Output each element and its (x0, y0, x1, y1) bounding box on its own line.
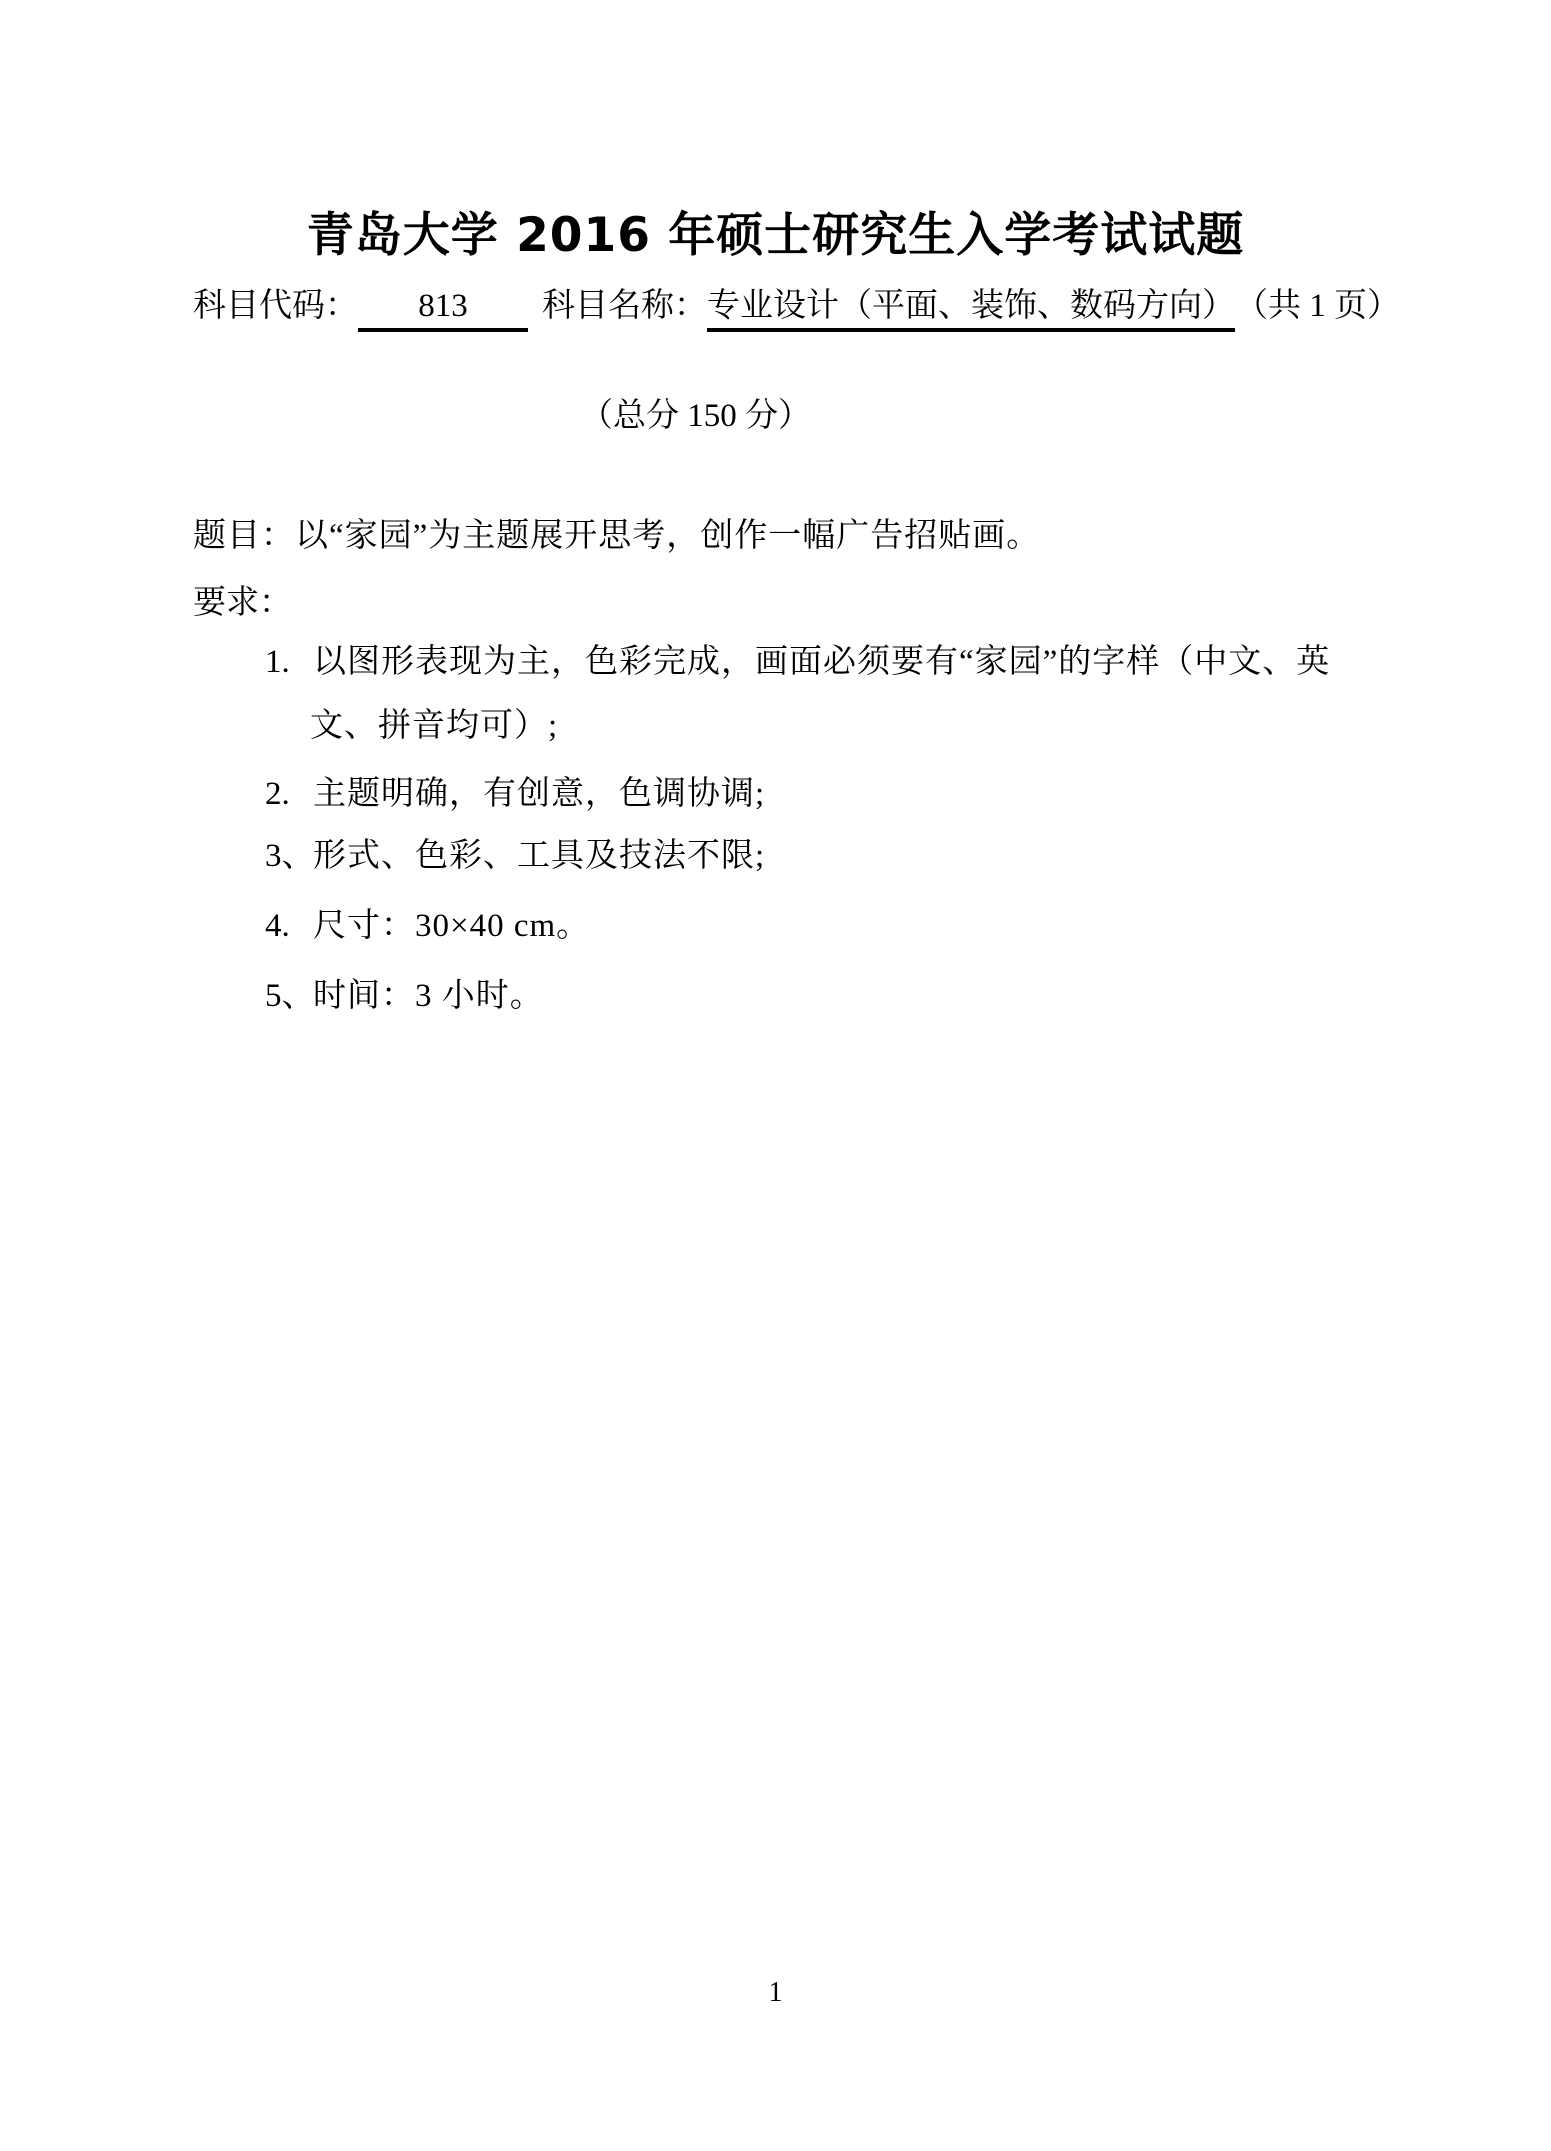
requirement-item-continuation: 文、拼音均可）; (310, 708, 558, 746)
requirement-item-marker: 1. (265, 644, 313, 682)
requirement-item: 1.以图形表现为主，色彩完成，画面必须要有“家园”的字样（中文、英 (265, 644, 1330, 682)
requirement-item-marker: 5、 (265, 978, 313, 1016)
subject-code-label: 科目代码： (193, 288, 358, 324)
requirement-item: 3、形式、色彩、工具及技法不限; (265, 838, 765, 876)
requirement-item-text: 形式、色彩、工具及技法不限; (313, 838, 765, 874)
requirement-item-text: 时间：3 小时。 (313, 978, 544, 1014)
requirement-item-text: 以图形表现为主，色彩完成，画面必须要有“家园”的字样（中文、英 (313, 644, 1330, 680)
requirement-item: 5、时间：3 小时。 (265, 978, 544, 1016)
page-title: 青岛大学 2016 年硕士研究生入学考试试题 (0, 209, 1551, 263)
requirement-item-text: 主题明确，有创意，色调协调; (313, 776, 765, 812)
requirement-item-marker: 2. (265, 776, 313, 814)
requirement-item-marker: 3、 (265, 838, 313, 876)
page-number: 1 (0, 1978, 1551, 2009)
requirement-item: 4.尺寸：30×40 cm。 (265, 908, 590, 946)
subject-name-value: 专业设计（平面、装饰、数码方向） (707, 288, 1235, 332)
requirement-item-text: 尺寸：30×40 cm。 (313, 908, 590, 944)
total-score-note: （总分 150 分） (580, 398, 811, 436)
subject-info-line: 科目代码：813科目名称：专业设计（平面、装饰、数码方向）（共 1 页） (193, 288, 1400, 332)
subject-code-value: 813 (358, 288, 528, 332)
subject-name-label: 科目名称： (542, 288, 707, 324)
topic-line: 题目：以“家园”为主题展开思考，创作一幅广告招贴画。 (193, 518, 1040, 556)
exam-paper-page: 青岛大学 2016 年硕士研究生入学考试试题 科目代码：813科目名称：专业设计… (0, 0, 1551, 2151)
requirement-item-marker: 4. (265, 908, 313, 946)
pages-note: （共 1 页） (1235, 288, 1400, 324)
requirements-label: 要求： (193, 585, 292, 623)
requirement-item: 2.主题明确，有创意，色调协调; (265, 776, 765, 814)
